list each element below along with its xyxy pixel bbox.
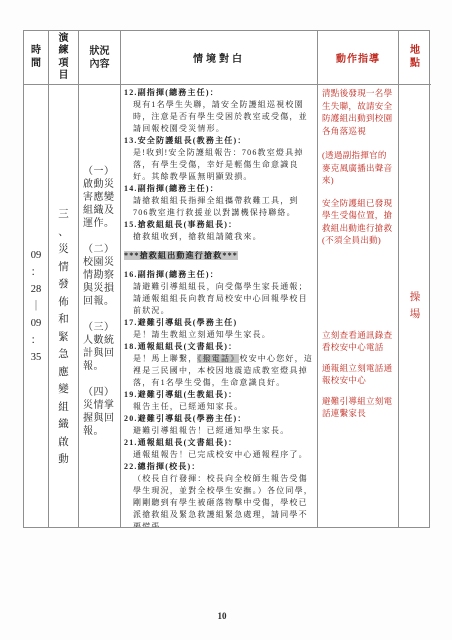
location-value: 操場	[410, 289, 421, 323]
dialogue-item: 12.副指揮(總務主任)：現有1名學生失聯，請安全防護組巡視校園時，注意是否有學…	[124, 87, 313, 135]
location-cell: 操場	[399, 85, 431, 527]
dialogue-item-body: 現有1名學生失聯，請安全防護組巡視校園時，注意是否有學生受困於教室或受傷，並請回…	[124, 99, 313, 135]
dialogue-item-speaker: 避難引導組長(學務主任)	[138, 318, 238, 327]
page-number: 10	[0, 611, 444, 621]
time-line: ：	[31, 264, 42, 281]
drill-item-cell: 三、災情發佈和緊急應變組織啟動	[49, 85, 79, 527]
dialogue-item-headline: 15.搶救組組長(事務組長)：	[124, 219, 313, 231]
action-guidance-block: 立刻查看通訊錄查看校安中心電話	[322, 329, 394, 354]
dialogue-item-speaker: 副指揮(總務主任)：	[138, 184, 219, 193]
drill-item-char: 組	[58, 399, 69, 417]
header-time: 時間	[24, 31, 49, 85]
dialogue-item: 14.副指揮(總務主任)：請搶救組組長指揮全組攜帶救難工具，到706教室進行救援…	[124, 183, 313, 219]
dialogue-item-number: 15.	[124, 220, 138, 229]
dialogue-item-speaker: 總指揮(校長)：	[138, 462, 201, 471]
time-line: ：	[31, 332, 42, 349]
drill-item-char: 緊	[58, 329, 69, 347]
location-char: 場	[410, 306, 421, 323]
dialogue-text: （校長自行發揮：校長向全校師生報告受傷學生現況，並對全校學生安撫。）各位同學，剛…	[133, 474, 313, 527]
dialogue-item-body: 通報組報告！已完成校安中心通報程序了。	[124, 449, 313, 461]
status-item: （二）校園災情勘察與災損回報。	[83, 243, 117, 308]
drill-item-char: 三	[58, 206, 69, 224]
drill-script-table: 時間 演練項目 狀況內容 情境對白 動作指導 地點 09：28｜09：35 三、…	[23, 30, 430, 528]
header-action-label: 動作指導	[336, 50, 380, 65]
header-drill-item-label: 演練項目	[59, 33, 69, 83]
time-value: 09：28｜09：35	[31, 247, 42, 366]
dialogue-item-headline: 19.避難引導組(生教組長)：	[124, 389, 313, 401]
dialogue-item-headline: 16.副指揮(總務主任)：	[124, 269, 313, 281]
action-guidance-block: 清點後發現一名學生失聯，故請安全防護組出動到校園各角落巡視	[322, 87, 394, 137]
dialogue-item-headline: 22.總指揮(校長)：	[124, 461, 313, 473]
header-action: 動作指導	[318, 31, 399, 85]
header-location-label: 地點	[410, 45, 420, 70]
header-status-label: 狀況內容	[88, 45, 112, 71]
dialogue-item-headline: 17.避難引導組長(學務主任)	[124, 317, 313, 329]
dialogue-item-body: 請搶救組組長指揮全組攜帶救難工具，到706教室進行救援並以對講機保持聯絡。	[124, 195, 313, 219]
status-item: （四）災情掌握與回報。	[83, 386, 117, 438]
dialogue-item-body: 是!收到!安全防護組報告：706教室燈具掉落，有學生受傷，幸好是輕傷生命意識良好…	[124, 147, 313, 183]
dialogue-item-speaker: 安全防護組長(教務主任)：	[138, 136, 247, 145]
dialogue-banner-text: ***搶救組出動進行搶救***	[124, 251, 238, 260]
dialogue-text: 請避難引導組組長，向受傷學生家長通報；請通報組組長向教育局校安中心回報學校目前狀…	[133, 282, 308, 315]
dialogue-item-headline: 12.副指揮(總務主任)：	[124, 87, 313, 99]
header-drill-item: 演練項目	[49, 31, 79, 85]
dialogue-item-speaker: 副指揮(總務主任)：	[138, 88, 219, 97]
dialogue-item-speaker: 通報組組長(文書組長)：	[138, 438, 238, 447]
dialogue-item-number: 14.	[124, 184, 138, 193]
drill-item-char: 情	[58, 259, 69, 277]
dialogue-item-speaker: 避難引導組長(學務主任)：	[138, 414, 247, 423]
dialogue-item-speaker: 副指揮(總務主任)：	[138, 270, 219, 279]
dialogue-text: 是！請生教組立刻通知學生家長。	[133, 330, 271, 339]
dialogue-item-number: 21.	[124, 438, 138, 447]
dialogue-banner: ***搶救組出動進行搶救***	[124, 250, 313, 262]
action-guidance-block: 避難引導組立刻電話連繫家長	[322, 395, 394, 420]
drill-item-char: 災	[58, 241, 69, 259]
dialogue-text: 是!收到!安全防護組報告：706教室燈具掉落，有學生受傷，幸好是輕傷生命意識良好…	[133, 148, 304, 181]
dialogue-item-number: 13.	[124, 136, 138, 145]
status-item: （一）啟動災害應變組織及運作。	[83, 165, 117, 230]
drill-item-char: 動	[58, 451, 69, 469]
time-line: 35	[31, 349, 42, 366]
drill-item-char: 、	[58, 224, 69, 242]
dialogue-item-number: 22.	[124, 462, 138, 471]
dialogue-item-headline: 14.副指揮(總務主任)：	[124, 183, 313, 195]
dialogue-item-number: 19.	[124, 390, 138, 399]
header-time-label: 時間	[31, 45, 41, 70]
dialogue-item-number: 12.	[124, 88, 138, 97]
location-char: 操	[410, 289, 421, 306]
dialogue-item-headline: 21.通報組組長(文書組長)：	[124, 437, 313, 449]
dialogue-item-number: 18.	[124, 342, 138, 351]
drill-item-char: 急	[58, 346, 69, 364]
dialogue-text: 避難引導組報告！已經通知學生家長。	[133, 426, 289, 435]
header-location: 地點	[399, 31, 431, 85]
dialogue-item-headline: 13.安全防護組長(教務主任)：	[124, 135, 313, 147]
dialogue-item-headline: 18.通報組組長(文書組長)：	[124, 341, 313, 353]
dialogue-item-number: 16.	[124, 270, 138, 279]
dialogue-item-number: 20.	[124, 414, 138, 423]
time-line: ｜	[31, 298, 42, 315]
drill-item-value: 三、災情發佈和緊急應變組織啟動	[58, 206, 69, 527]
dialogue-item-number: 17.	[124, 318, 138, 327]
dialogue-item: 22.總指揮(校長)：（校長自行發揮：校長向全校師生報告受傷學生現況，並對全校學…	[124, 461, 313, 527]
action-guidance-block: 通報組立刻電話通報校安中心	[322, 362, 394, 387]
drill-item-char: 織	[58, 416, 69, 434]
dialogue-item: 20.避難引導組長(學務主任)：避難引導組報告！已經通知學生家長。	[124, 413, 313, 437]
drill-item-char: 啟	[58, 434, 69, 452]
dialogue-item-speaker: 通報組組長(文書組長)：	[138, 342, 238, 351]
dialogue-item: 19.避難引導組(生教組長)：報告主任，已經通知家長。	[124, 389, 313, 413]
dialogue-item-body: 報告主任，已經通知家長。	[124, 401, 313, 413]
drill-item-char: 變	[58, 381, 69, 399]
dialogue-text: 通報組報告！已完成校安中心通報程序了。	[133, 450, 308, 459]
dialogue-text: 請搶救組組長指揮全組攜帶救難工具，到706教室進行救援並以對講機保持聯絡。	[133, 196, 299, 217]
status-item: （三）人數統計與回報。	[83, 321, 117, 373]
dialogue-item: 16.副指揮(總務主任)：請避難引導組組長，向受傷學生家長通報；請通報組組長向教…	[124, 269, 313, 317]
time-line: 28	[31, 281, 42, 298]
dialogue-text: 現有1名學生失聯，請安全防護組巡視校園時，注意是否有學生受困於教室或受傷，並請回…	[133, 100, 308, 133]
time-line: 09	[31, 315, 42, 332]
action-guidance-block: 安全防護組已發現學生受傷位置，搶救組出動進行搶救(不須全員出動)	[322, 197, 394, 247]
dialogue-item-body: 搶救組收到，搶救組請隨我來。	[124, 231, 313, 243]
drill-item-char: 佈	[58, 294, 69, 312]
dialogue-highlight: 《撥電話》	[197, 354, 239, 363]
action-guidance-cell: 清點後發現一名學生失聯，故請安全防護組出動到校園各角落巡視(透過副指揮官的麥克風…	[318, 85, 399, 527]
dialogue-item-headline: 20.避難引導組長(學務主任)：	[124, 413, 313, 425]
dialogue-item: 17.避難引導組長(學務主任)是！請生教組立刻通知學生家長。	[124, 317, 313, 341]
dialogue-item-body: 是！請生教組立刻通知學生家長。	[124, 329, 313, 341]
time-cell: 09：28｜09：35	[24, 85, 49, 527]
dialogue-text: 搶救組收到，搶救組請隨我來。	[133, 232, 262, 241]
dialogue-item-body: （校長自行發揮：校長向全校師生報告受傷學生現況，並對全校學生安撫。）各位同學，剛…	[124, 473, 313, 527]
action-guidance-block: (透過副指揮官的麥克風廣播出聲音來)	[322, 149, 394, 187]
header-status: 狀況內容	[79, 31, 121, 85]
dialogue-item: 15.搶救組組長(事務組長)：搶救組收到，搶救組請隨我來。	[124, 219, 313, 243]
dialogue-item-speaker: 避難引導組(生教組長)：	[138, 390, 238, 399]
dialogue-item: 13.安全防護組長(教務主任)：是!收到!安全防護組報告：706教室燈具掉落，有…	[124, 135, 313, 183]
dialogue-cell: 12.副指揮(總務主任)：現有1名學生失聯，請安全防護組巡視校園時，注意是否有學…	[121, 85, 318, 527]
time-line: 09	[31, 247, 42, 264]
dialogue-item-body: 避難引導組報告！已經通知學生家長。	[124, 425, 313, 437]
dialogue-item: 21.通報組組長(文書組長)：通報組報告！已完成校安中心通報程序了。	[124, 437, 313, 461]
header-dialogue-label: 情境對白	[193, 50, 245, 65]
drill-item-char: 應	[58, 364, 69, 382]
dialogue-text: 報告主任，已經通知家長。	[133, 402, 243, 411]
header-dialogue: 情境對白	[121, 31, 318, 85]
dialogue-item-body: 請避難引導組組長，向受傷學生家長通報；請通報組組長向教育局校安中心回報學校目前狀…	[124, 281, 313, 317]
dialogue-item: 18.通報組組長(文書組長)：是！馬上聯繫，《撥電話》校安中心您好，這裡是三民國…	[124, 341, 313, 389]
drill-item-char: 發	[58, 276, 69, 294]
dialogue-text: 是！馬上聯繫，	[133, 354, 197, 363]
dialogue-item-speaker: 搶救組組長(事務組長)：	[138, 220, 238, 229]
drill-item-char: 和	[58, 311, 69, 329]
dialogue-item-body: 是！馬上聯繫，《撥電話》校安中心您好，這裡是三民國中，本校因地震造成教室燈具掉落…	[124, 353, 313, 389]
status-content-cell: （一）啟動災害應變組織及運作。（二）校園災情勘察與災損回報。（三）人數統計與回報…	[79, 85, 121, 527]
